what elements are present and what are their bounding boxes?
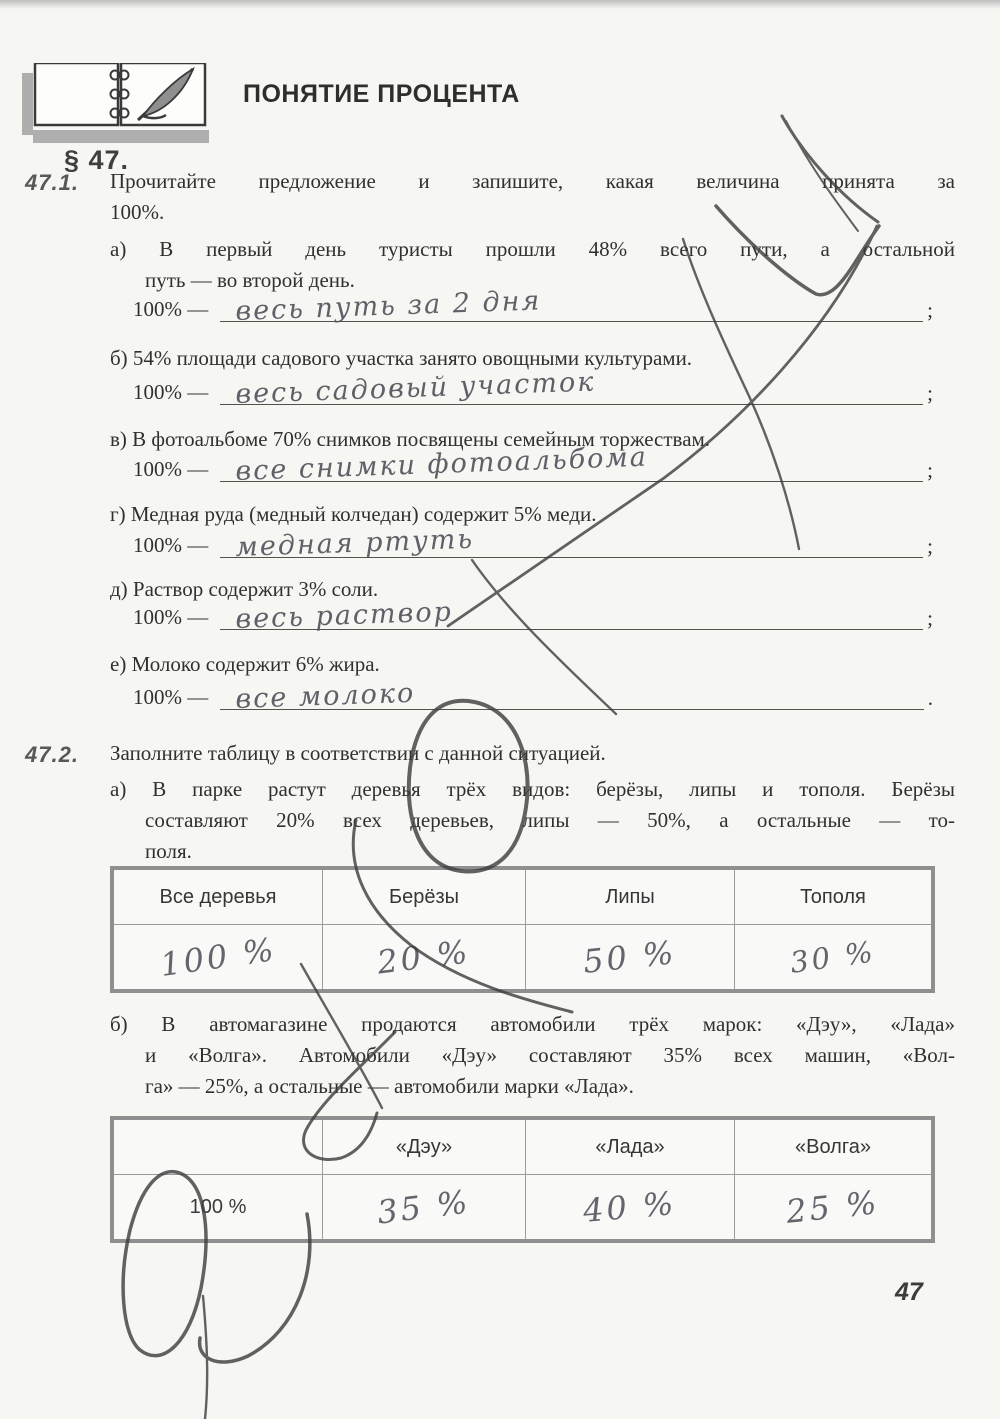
item2-b-text: б) В автомагазине продаются автомобили т… [110,1012,955,1037]
handwritten-cell-value: 20 % [375,932,472,981]
handwritten-answer: весь садовый участок [235,366,596,410]
problem1-statement-line: Прочитайте предложение и запишите, какая… [110,169,955,194]
table-header-cell: Все деревья [114,870,322,924]
handwritten-cell-value: 50 % [582,933,679,981]
scan-edge-shading [0,0,1000,9]
trees-table-header-row: Все деревья Берёзы Липы Тополя [114,870,931,925]
handwritten-cell-value: 25 % [785,1183,882,1231]
cars-table: «Дэу» «Лада» «Волга» 100 % 35 % 40 % 25 … [110,1116,935,1243]
answer-blank-line: весь раствор [220,599,923,630]
table-header-cell: Липы [525,870,734,924]
cars-table-data-row: 100 % 35 % 40 % 25 % [114,1175,931,1239]
item2-a-text: поля. [145,839,192,864]
handwritten-answer: весь путь за 2 дня [235,285,542,327]
answer-prefix: 100% — [133,532,220,558]
handwritten-cell-value: 40 % [582,1184,678,1230]
item-b-text: б) 54% площади садового участка занято о… [110,346,692,371]
answer-blank-line: весь садовый участок [220,374,923,405]
answer-blank-line: весь путь за 2 дня [220,291,923,322]
answer-terminator: ; [923,606,933,630]
problem2-statement: Заполните таблицу в соответствии с данно… [110,741,606,766]
table-header-cell: Тополя [734,870,931,924]
item2-b-text: и «Волга». Автомобили «Дэу» составляют 3… [145,1043,955,1068]
answer-row-g: 100% — медная ртуть ; [133,528,933,558]
workbook-page: § 47. ПОНЯТИЕ ПРОЦЕНТА 47.1. Прочитайте … [0,0,1000,1419]
answer-terminator: ; [923,381,933,405]
answer-terminator: ; [923,298,933,322]
handwritten-cell-value: 100 % [158,930,279,984]
table-header-cell [114,1120,322,1174]
answer-row-a: 100% — весь путь за 2 дня ; [133,292,933,322]
item2-a-text: составляют 20% всех деревьев, липы — 50%… [145,808,955,833]
item-a-text: путь — во второй день. [145,268,355,293]
spiral-binding-icon [111,71,129,118]
page-curl-arrow-icon [138,69,193,120]
table-header-cell: «Дэу» [322,1120,525,1174]
item-e-text: е) Молоко содержит 6% жира. [110,652,380,677]
handwritten-answer: весь раствор [235,596,453,635]
answer-blank-line: все снимки фотоальбома [220,451,923,482]
answer-prefix: 100% — [133,379,220,405]
item-g-text: г) Медная руда (медный колчедан) содержи… [110,502,597,527]
item-a-text: а) В первый день туристы прошли 48% всег… [110,237,955,262]
answer-blank-line: медная ртуть [220,527,923,558]
answer-terminator: ; [923,458,933,482]
answer-row-e: 100% — все молоко . [133,680,933,710]
cars-table-header-row: «Дэу» «Лада» «Волга» [114,1120,931,1175]
handwritten-cell-value: 30 % [788,934,878,980]
answer-row-v: 100% — все снимки фотоальбома ; [133,452,933,482]
answer-prefix: 100% — [133,684,220,710]
answer-prefix: 100% — [133,604,220,630]
item2-b-text: га» — 25%, а остальные — автомобили марк… [145,1074,634,1099]
section-icon: § 47. [22,63,212,148]
handwritten-answer: все молоко [235,678,416,715]
answer-prefix: 100% — [133,296,220,322]
table-header-cell: Берёзы [322,870,525,924]
answer-blank-line: все молоко [220,679,924,710]
trees-table: Все деревья Берёзы Липы Тополя 100 % 20 … [110,866,935,993]
item2-a-text: а) В парке растут деревья трёх видов: бе… [110,777,955,802]
problem-number-47-1: 47.1. [25,170,79,196]
handwritten-cell-value: 35 % [375,1182,472,1231]
table-header-cell: «Лада» [525,1120,734,1174]
page-title: ПОНЯТИЕ ПРОЦЕНТА [243,80,520,109]
answer-row-d: 100% — весь раствор ; [133,600,933,630]
answer-row-b: 100% — весь садовый участок ; [133,375,933,405]
answer-terminator: . [924,686,933,710]
table-header-cell: «Волга» [734,1120,931,1174]
page-number: 47 [895,1278,923,1307]
handwritten-answer: медная ртуть [235,524,475,563]
trees-table-data-row: 100 % 20 % 50 % 30 % [114,925,931,989]
notebook-page-icon [22,63,212,148]
answer-terminator: ; [923,534,933,558]
answer-prefix: 100% — [133,456,220,482]
problem1-statement-line: 100%. [110,200,164,225]
problem-number-47-2: 47.2. [25,742,79,768]
printed-cell-value: 100 % [190,1196,247,1219]
